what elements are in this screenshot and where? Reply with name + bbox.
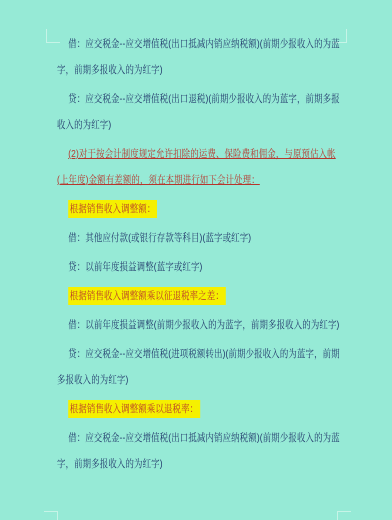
- journal-entry-credit-line: 贷：应交税金--应交增值税(出口退税)(前期少报收入的为蓝字，前期多报收入的为红…: [57, 86, 345, 138]
- yellow-highlight-text: 根据销售收入调整额：: [68, 200, 157, 218]
- journal-entry-credit-line: 贷：以前年度损益调整(蓝字或红字): [57, 254, 345, 280]
- journal-entry-debit-line: 借：应交税金--应交增值税(出口抵减内销应纳税额)(前期少报收入的为蓝字，前期多…: [57, 425, 345, 477]
- yellow-highlight-text: 根据销售收入调整额乘以征退税率之差：: [68, 287, 225, 305]
- document-text-area: 借：应交税金--应交增值税(出口抵减内销应纳税额)(前期少报收入的为蓝字，前期多…: [57, 31, 348, 480]
- journal-entry-credit-line: 贷：应交税金--应交增值税(进项税额转出)(前期少报收入的为蓝字，前期多报收入的…: [57, 341, 345, 393]
- journal-entry-debit-line: 借：其他应付款(或银行存款等科目)(蓝字或红字): [57, 225, 345, 251]
- journal-entry-debit-line: 借：应交税金--应交增值税(出口抵减内销应纳税额)(前期少报收入的为蓝字，前期多…: [57, 31, 345, 83]
- crop-mark-bottom-left: [44, 511, 58, 520]
- document-page: 借：应交税金--应交增值税(出口抵减内销应纳税额)(前期少报收入的为蓝字，前期多…: [0, 0, 392, 520]
- journal-entry-debit-line: 借：以前年度损益调整(前期少报收入的为蓝字，前期多报收入的为红字): [57, 312, 345, 338]
- highlighted-heading-adjustment-times-refund-rate: 根据销售收入调整额乘以退税率：: [57, 396, 345, 422]
- yellow-highlight-text: 根据销售收入调整额乘以退税率：: [68, 400, 200, 418]
- highlighted-heading-sales-adjustment: 根据销售收入调整额：: [57, 196, 345, 222]
- crop-mark-bottom-right: [337, 511, 351, 520]
- instruction-paragraph-red-underlined: (2)对于按会计制度规定允许扣除的运费、保险费和佣金，与原预估入帐(上年度)金额…: [57, 141, 345, 193]
- highlighted-heading-adjustment-times-rate-diff: 根据销售收入调整额乘以征退税率之差：: [57, 283, 345, 309]
